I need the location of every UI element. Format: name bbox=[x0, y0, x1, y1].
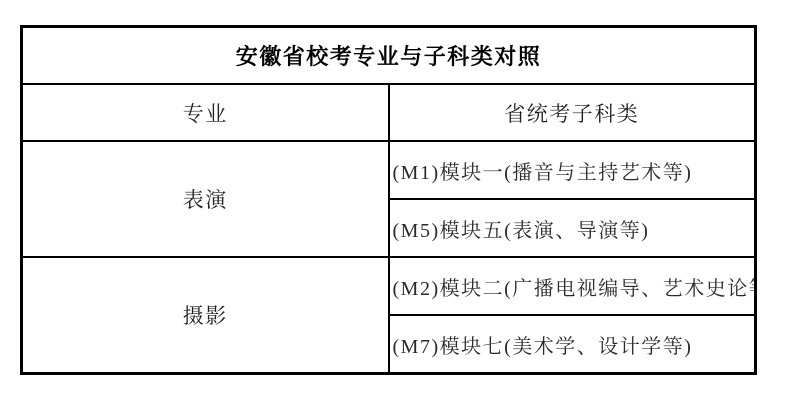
module-cell-m2: (M2)模块二(广播电视编导、艺术史论等) bbox=[389, 257, 756, 315]
module-cell-m1: (M1)模块一(播音与主持艺术等) bbox=[389, 141, 756, 199]
comparison-table: 安徽省校考专业与子科类对照 专业 省统考子科类 表演 (M1)模块一(播音与主持… bbox=[20, 25, 757, 375]
table-row: 表演 (M1)模块一(播音与主持艺术等) bbox=[22, 141, 756, 199]
column-header-major: 专业 bbox=[22, 84, 389, 141]
table-row: 安徽省校考专业与子科类对照 bbox=[22, 27, 756, 85]
major-cell-biaoyan: 表演 bbox=[22, 141, 389, 257]
table-row: 摄影 (M2)模块二(广播电视编导、艺术史论等) bbox=[22, 257, 756, 315]
table-title: 安徽省校考专业与子科类对照 bbox=[22, 27, 756, 85]
module-cell-m5: (M5)模块五(表演、导演等) bbox=[389, 199, 756, 257]
column-header-subject: 省统考子科类 bbox=[389, 84, 756, 141]
major-cell-sheying: 摄影 bbox=[22, 257, 389, 374]
table-row: 专业 省统考子科类 bbox=[22, 84, 756, 141]
page: { "table": { "title": "安徽省校考专业与子科类对照", "… bbox=[0, 0, 785, 393]
module-cell-m7: (M7)模块七(美术学、设计学等) bbox=[389, 315, 756, 374]
